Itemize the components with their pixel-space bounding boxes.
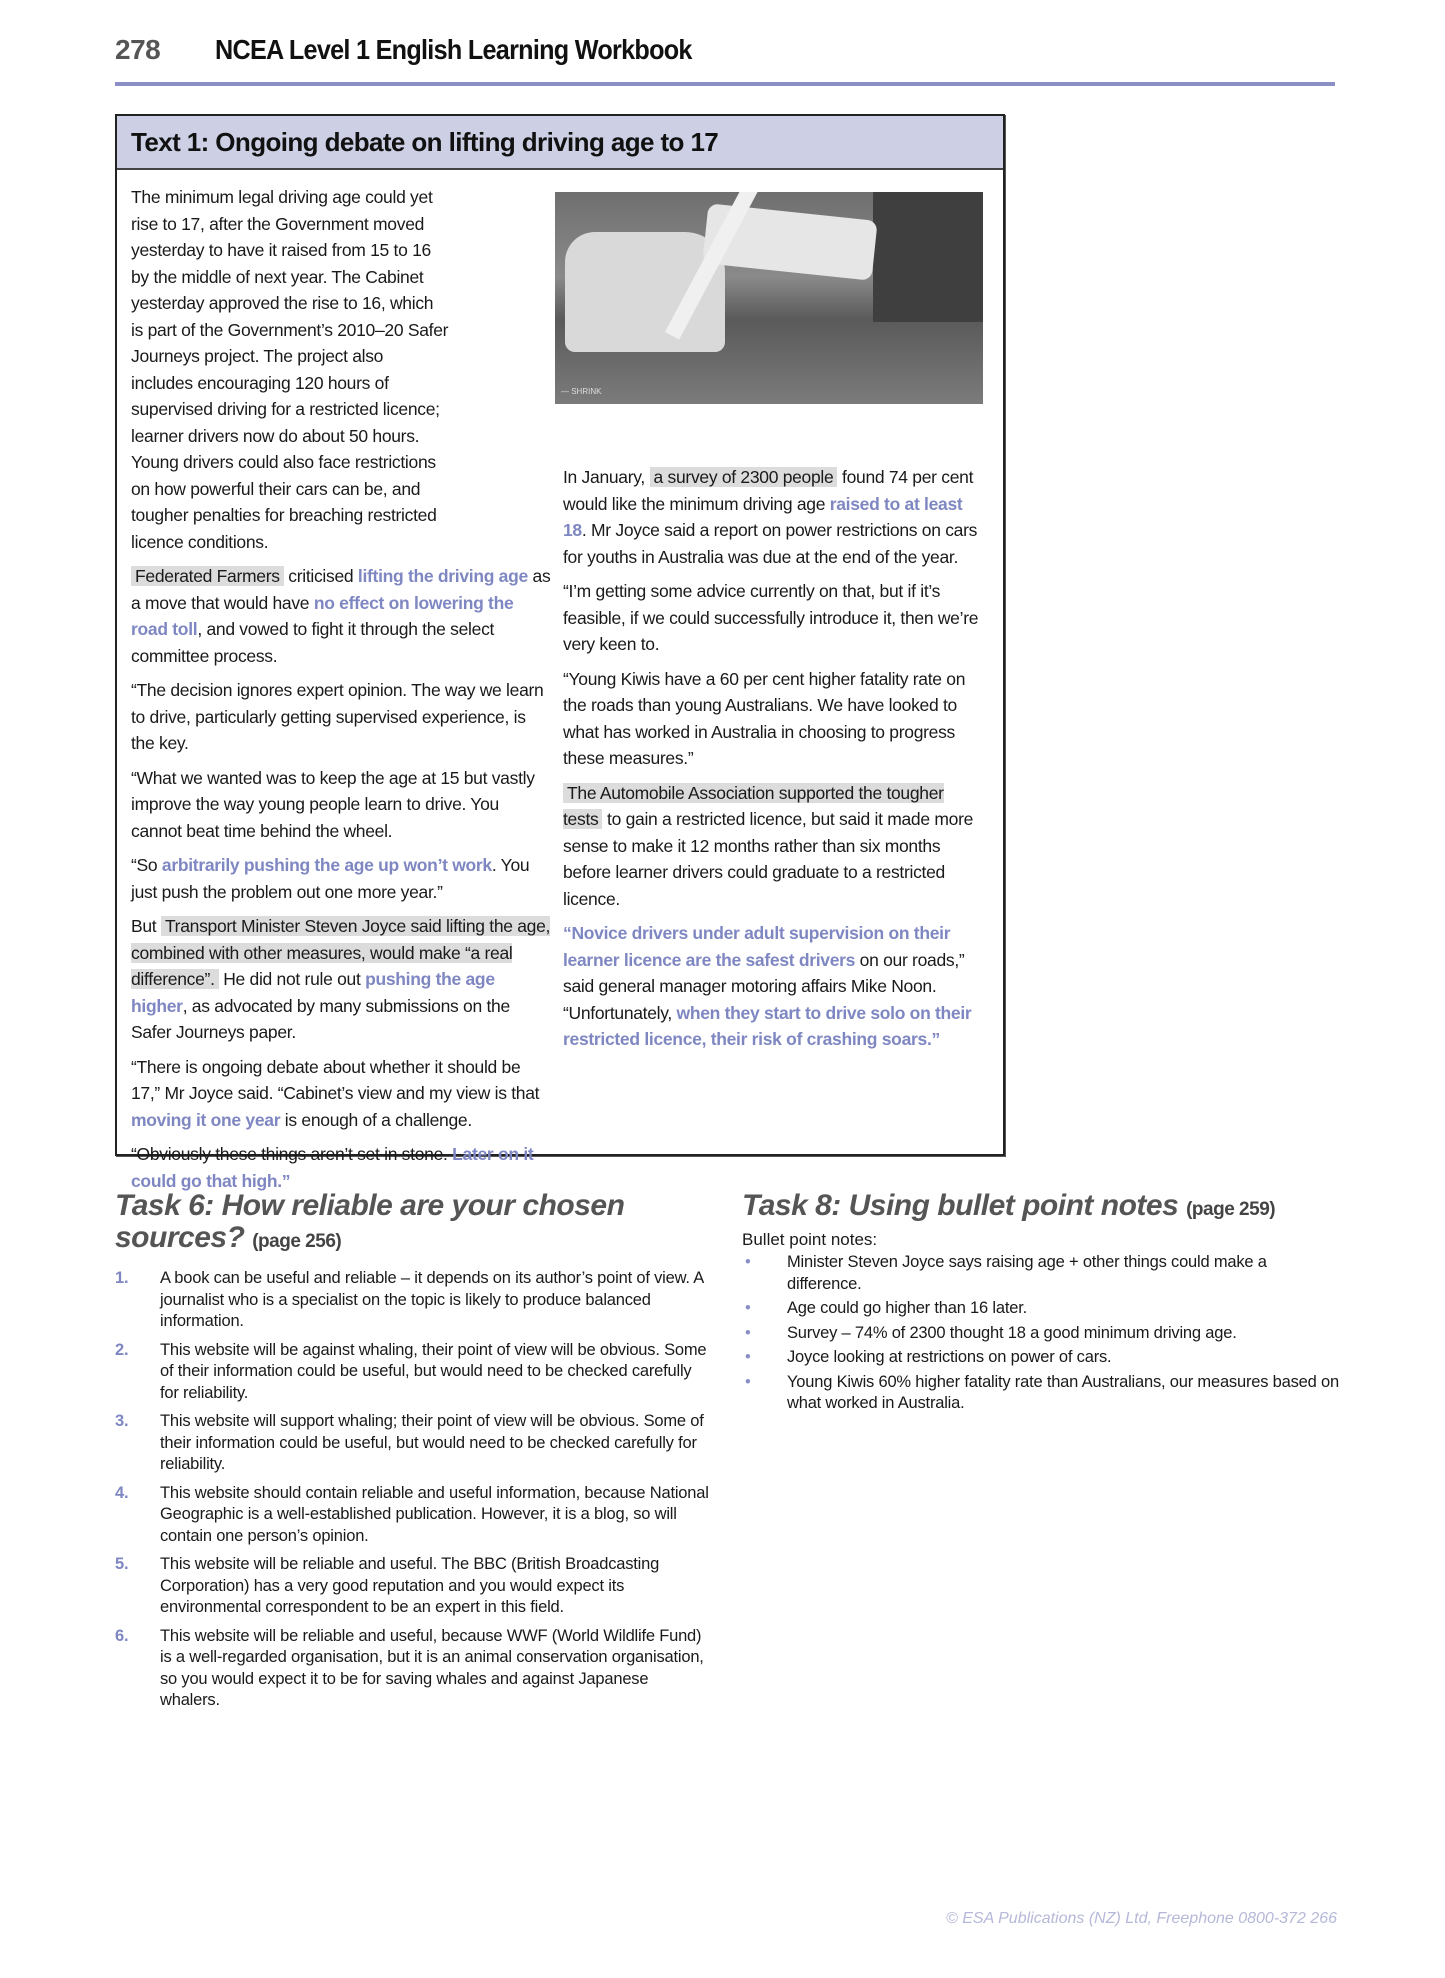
paragraph: “I’m getting some advice currently on th… xyxy=(563,578,983,658)
list-item: •Joyce looking at restrictions on power … xyxy=(742,1347,1342,1369)
paragraph: “So arbitrarily pushing the age up won’t… xyxy=(131,852,551,905)
paragraph: But Transport Minister Steven Joyce said… xyxy=(131,913,551,1046)
list-item: 3.This website will support whaling; the… xyxy=(115,1411,710,1476)
paragraph: “What we wanted was to keep the age at 1… xyxy=(131,765,551,845)
paragraph: “Young Kiwis have a 60 per cent higher f… xyxy=(563,666,983,772)
list-item: •Minister Steven Joyce says raising age … xyxy=(742,1252,1342,1295)
book-title: NCEA Level 1 English Learning Workbook xyxy=(215,34,692,66)
photo-caption: — SHRINK xyxy=(561,387,601,396)
task6-answer-list: 1.A book can be useful and reliable – it… xyxy=(115,1268,710,1712)
bullet-icon: • xyxy=(745,1252,751,1274)
list-item: •Young Kiwis 60% higher fatality rate th… xyxy=(742,1372,1342,1415)
task6-page-ref: (page 256) xyxy=(252,1231,341,1252)
task8-page-ref: (page 259) xyxy=(1186,1199,1275,1220)
crash-photo: — SHRINK xyxy=(555,192,983,404)
paragraph: Federated Farmers criticised lifting the… xyxy=(131,563,551,669)
article-right-column: In January, a survey of 2300 people foun… xyxy=(563,464,983,1061)
photo-trees xyxy=(873,192,983,322)
bullet-icon: • xyxy=(745,1372,751,1394)
bullet-icon: • xyxy=(745,1323,751,1345)
task8-title: Task 8: Using bullet point notes (page 2… xyxy=(742,1190,1342,1226)
list-item: 2.This website will be against whaling, … xyxy=(115,1340,710,1405)
text1-box: Text 1: Ongoing debate on lifting drivin… xyxy=(115,114,1005,1156)
highlight-source: a survey of 2300 people xyxy=(650,467,838,487)
bullet-icon: • xyxy=(745,1298,751,1320)
paragraph: In January, a survey of 2300 people foun… xyxy=(563,464,983,570)
task8-subtitle: Bullet point notes: xyxy=(742,1230,1342,1250)
text1-title: Text 1: Ongoing debate on lifting drivin… xyxy=(117,116,1003,170)
page-number: 278 xyxy=(115,34,160,66)
bullet-icon: • xyxy=(745,1347,751,1369)
list-item: •Age could go higher than 16 later. xyxy=(742,1298,1342,1320)
list-item: 4.This website should contain reliable a… xyxy=(115,1483,710,1548)
emphasis: arbitrarily pushing the age up won’t wor… xyxy=(162,855,492,875)
page-header: 278 NCEA Level 1 English Learning Workbo… xyxy=(115,30,1335,86)
task8-bullet-list: •Minister Steven Joyce says raising age … xyxy=(742,1252,1342,1415)
paragraph: “There is ongoing debate about whether i… xyxy=(131,1054,551,1134)
article-left-column: The minimum legal driving age could yet … xyxy=(131,184,551,1202)
paragraph: “The decision ignores expert opinion. Th… xyxy=(131,677,551,757)
paragraph: The minimum legal driving age could yet … xyxy=(131,184,449,555)
task6-title: Task 6: How reliable are your chosen sou… xyxy=(115,1190,710,1258)
emphasis: lifting the driving age xyxy=(358,566,528,586)
list-item: 1.A book can be useful and reliable – it… xyxy=(115,1268,710,1333)
paragraph: “Obviously these things aren’t set in st… xyxy=(131,1141,551,1194)
list-item: •Survey – 74% of 2300 thought 18 a good … xyxy=(742,1323,1342,1345)
list-item: 6.This website will be reliable and usef… xyxy=(115,1626,710,1712)
highlight-source: Federated Farmers xyxy=(131,566,284,586)
list-item: 5.This website will be reliable and usef… xyxy=(115,1554,710,1619)
paragraph: The Automobile Association supported the… xyxy=(563,780,983,913)
copyright-footer: © ESA Publications (NZ) Ltd, Freephone 0… xyxy=(946,1910,1337,1928)
emphasis: moving it one year xyxy=(131,1110,280,1130)
task8-section: Task 8: Using bullet point notes (page 2… xyxy=(742,1190,1342,1418)
task6-section: Task 6: How reliable are your chosen sou… xyxy=(115,1190,710,1719)
paragraph: “Novice drivers under adult supervision … xyxy=(563,920,983,1053)
